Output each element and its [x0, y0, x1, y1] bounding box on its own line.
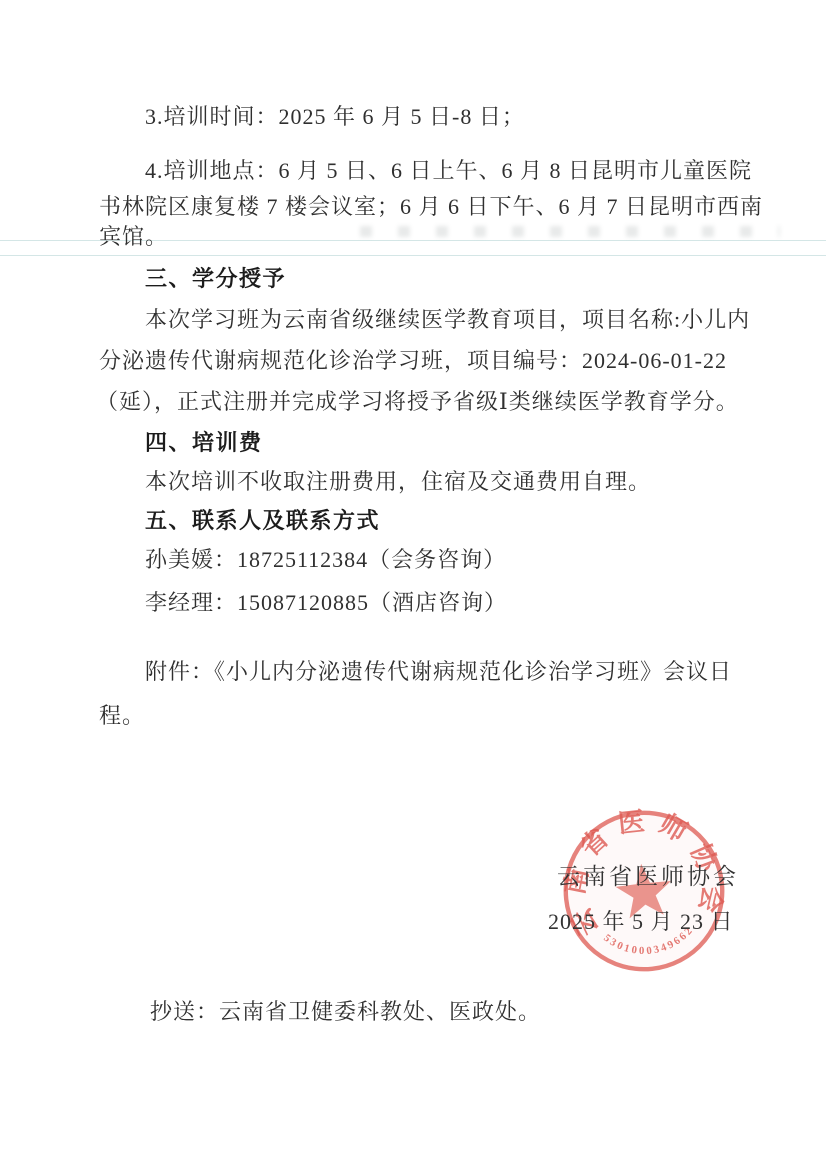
- section-credits-line3: （延），正式注册并完成学习将授予省级Ⅰ类继续医学教育学分。: [96, 389, 739, 415]
- section-credits-line1: 本次学习班为云南省级继续医学教育项目，项目名称:小儿内: [145, 307, 750, 333]
- attachment-line2: 程。: [99, 703, 145, 729]
- attachment-line1: 附件：《小儿内分泌遗传代谢病规范化诊治学习班》会议日: [145, 659, 732, 685]
- section-fee-body: 本次培训不收取注册费用，住宿及交通费用自理。: [145, 469, 651, 495]
- training-location-item-line2: 书林院区康复楼 7 楼会议室；6 月 6 日下午、6 月 7 日昆明市西南: [99, 194, 763, 220]
- official-seal-graphic: 云南省医师协会 5301000349662: [547, 794, 740, 987]
- section-credits-line2: 分泌遗传代谢病规范化诊治学习班，项目编号：2024-06-01-22: [99, 348, 727, 374]
- signature-date: 2025 年 5 月 23 日: [548, 905, 734, 936]
- cc-line: 抄送：云南省卫健委科教处、医政处。: [150, 999, 541, 1025]
- contact-line-2: 李经理：15087120885（酒店咨询）: [145, 590, 507, 616]
- contact-line-1: 孙美媛：18725112384（会务咨询）: [145, 547, 506, 573]
- section-fee-heading: 四、培训费: [145, 430, 263, 456]
- document-page: 3.培训时间：2025 年 6 月 5 日-8 日； 4.培训地点：6 月 5 …: [0, 0, 826, 1168]
- scan-smudge: [360, 226, 780, 237]
- official-seal: 云南省医师协会 5301000349662: [547, 794, 740, 987]
- training-time-item: 3.培训时间：2025 年 6 月 5 日-8 日；: [145, 104, 525, 130]
- section-contacts-heading: 五、联系人及联系方式: [145, 508, 380, 534]
- training-location-item-line1: 4.培训地点：6 月 5 日、6 日上午、6 月 8 日昆明市儿童医院: [145, 158, 752, 184]
- training-location-item-line3: 宾馆。: [99, 224, 168, 250]
- section-credits-heading: 三、学分授予: [145, 266, 286, 292]
- scan-artifact-line-2: [0, 255, 826, 256]
- signature-org-name: 云南省医师协会: [557, 858, 739, 891]
